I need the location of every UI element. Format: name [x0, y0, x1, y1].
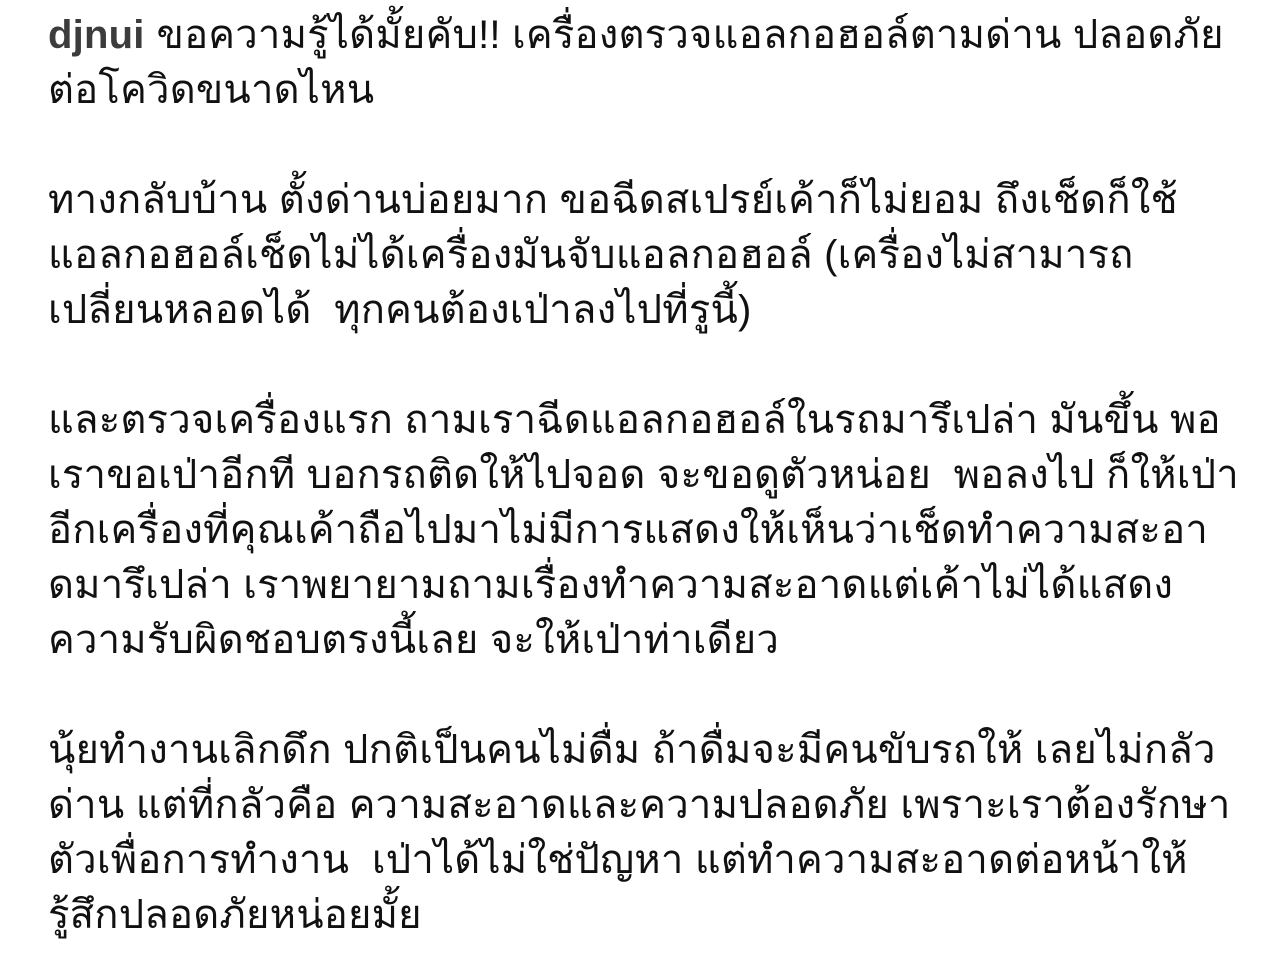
caption-paragraph-4: นุ้ยทำงานเลิกดึก ปกติเป็นคนไม่ดื่ม ถ้าดื…: [48, 723, 1246, 943]
caption-paragraph-2: ทางกลับบ้าน ตั้งด่านบ่อยมาก ขอฉีดสเปรย์เ…: [48, 173, 1246, 338]
username-link[interactable]: djnui: [48, 13, 145, 57]
screenshot-root: { "colors": { "background": "#ffffff", "…: [0, 0, 1280, 962]
caption-text-1: ขอความรู้ได้มั้ยคับ!! เครื่องตรวจแอลกอฮอ…: [48, 13, 1224, 112]
caption-paragraph-3: และตรวจเครื่องแรก ถามเราฉีดแอลกอฮอล์ในรถ…: [48, 393, 1246, 668]
caption-paragraph-1: djnuiขอความรู้ได้มั้ยคับ!! เครื่องตรวจแอ…: [48, 8, 1246, 118]
post-caption: djnuiขอความรู้ได้มั้ยคับ!! เครื่องตรวจแอ…: [0, 0, 1280, 943]
